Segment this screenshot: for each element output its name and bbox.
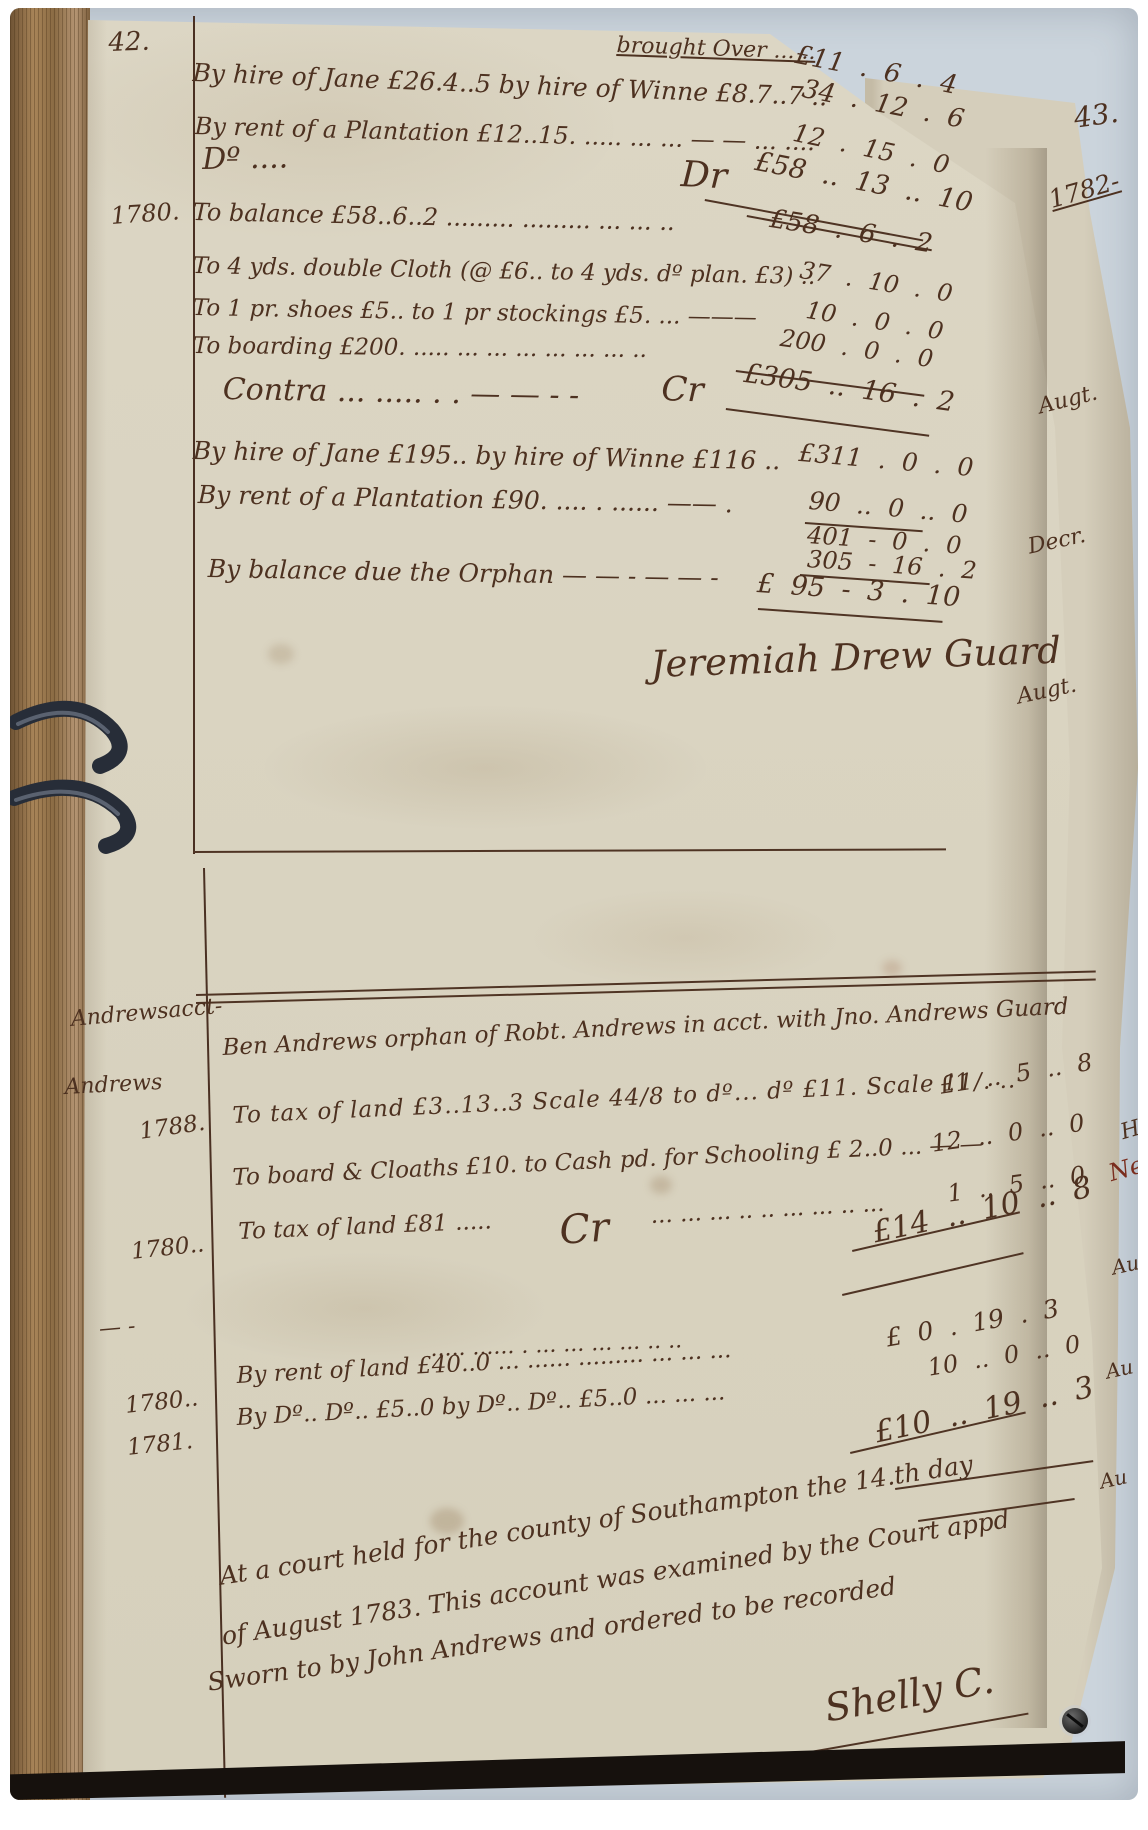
margin-word-fragment: Au xyxy=(1104,1356,1135,1382)
ink-stain xyxy=(268,644,294,664)
ink-stain xyxy=(650,1176,672,1194)
margin-word-fragment: Au xyxy=(1098,1466,1129,1492)
credit-mark: Cr xyxy=(661,372,705,409)
ledger-line: To boarding £200. ..... ... ... ... ... … xyxy=(193,334,647,362)
ink-stain xyxy=(882,960,902,976)
margin-account-label: Andrews xyxy=(64,1071,163,1099)
binder-rings xyxy=(10,680,170,870)
ledger-photo: 42. brought Over ... .. £11 . 6 . 4 By h… xyxy=(10,8,1138,1800)
gutter-fold-shadow xyxy=(985,148,1047,1728)
mount-screw xyxy=(1062,1708,1088,1734)
year-label: 1780. xyxy=(110,199,180,229)
margin-rule-upper xyxy=(193,16,195,854)
margin-dash: — - xyxy=(98,1315,136,1341)
contra-heading: Contra ... ..... . . — — - - xyxy=(222,374,579,412)
page-stack-edge xyxy=(10,8,90,1800)
margin-word-fragment: Au xyxy=(1110,1252,1138,1278)
credit-mark: Cr xyxy=(558,1207,611,1252)
page-number: 42. xyxy=(108,29,150,58)
ditto-mark: Dº .... xyxy=(202,143,288,176)
opposite-page-number: 43. xyxy=(1072,98,1120,133)
margin-word-fragment: Hou xyxy=(1118,1109,1138,1144)
debit-mark: Dr xyxy=(680,156,728,196)
